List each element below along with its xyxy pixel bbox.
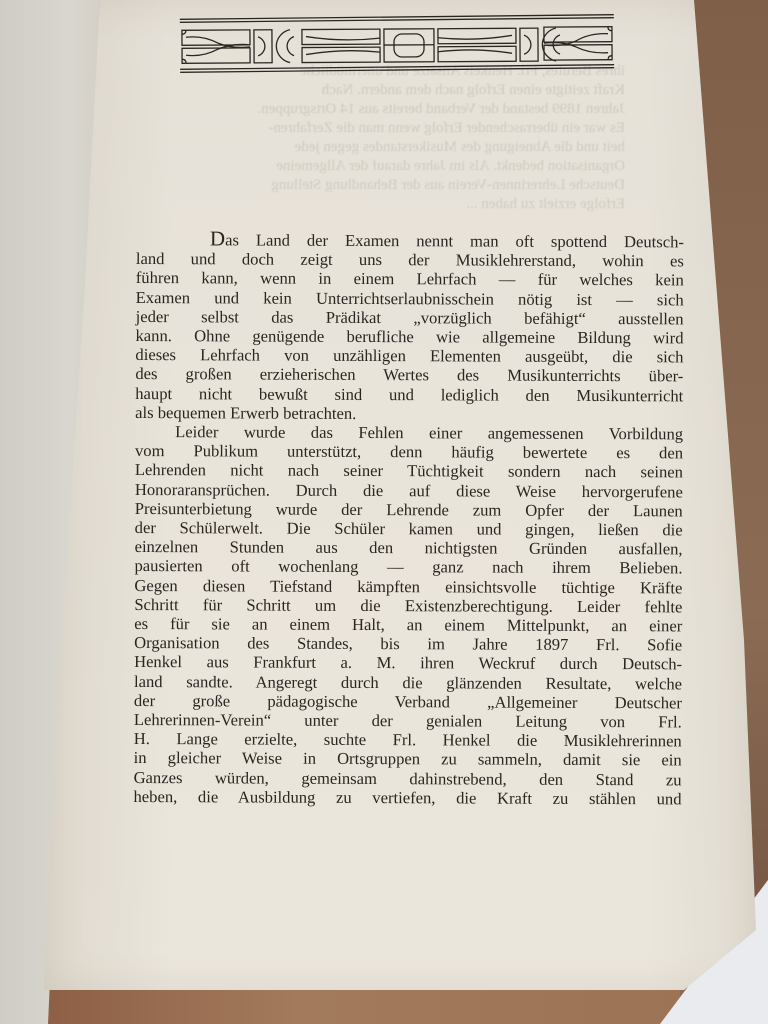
bleed-through-text: ihres Berufes, Frl. Henkels Ansätze und …	[205, 62, 625, 214]
text-line: dieses Lehrfach von unzähligen Elementen…	[135, 345, 683, 367]
text-line: Das Land der Examen nennt man oft spotte…	[136, 228, 684, 252]
text-line: heben, die Ausbildung zu vertiefen, die …	[133, 787, 681, 809]
text-line: Examen und kein Unterrichtserlaubnissche…	[136, 288, 684, 310]
text-line: der Schülerwelt. Die Schüler kamen und g…	[135, 518, 683, 540]
text-line: es für sie an einem Halt, an einem Mitte…	[134, 614, 682, 636]
bleed-line: ihres Berufes, Frl. Henkels Ansätze und …	[205, 62, 625, 81]
text-line: als bequemen Erwerb betrachten.	[135, 403, 683, 425]
text-line: land und doch zeigt uns der Musiklehrers…	[136, 249, 684, 271]
text-line: Schritt für Schritt um die Existenzberec…	[134, 595, 682, 617]
text-line: jeder selbst das Prädikat „vorzüglich be…	[136, 307, 684, 329]
text-line: Henkel aus Frankfurt a. M. ihren Weckruf…	[134, 652, 682, 674]
text-line: Preisunterbietung wurde der Lehrende zum…	[135, 499, 683, 521]
text-line: vom Publikum unterstützt, denn häufig be…	[135, 441, 683, 463]
text-line: der große pädagogische Verband „Allgemei…	[134, 691, 682, 713]
drop-cap: D	[210, 226, 225, 250]
bleed-line: Es war ein überraschender Erfolg wenn ma…	[205, 119, 625, 138]
bleed-line: Erfolge erzielt zu haben ...	[205, 195, 625, 214]
paragraph-1: Das Land der Examen nennt man oft spotte…	[135, 228, 684, 424]
text-line: haupt nicht bewußt sind und lediglich de…	[135, 384, 683, 406]
text-line: Lehrenden nicht nach seiner Tüchtigkeit …	[135, 460, 683, 482]
book-cover-edge	[40, 990, 680, 1024]
text-line: kann. Ohne genügende berufliche wie allg…	[135, 326, 683, 348]
text-line: Organisation des Standes, bis im Jahre 1…	[134, 633, 682, 655]
body-text: Das Land der Examen nennt man oft spotte…	[133, 228, 684, 808]
text-line: pausierten oft wochenlang — ganz nach ih…	[134, 556, 682, 578]
bleed-line: Jahren 1899 bestand der Verband bereits …	[205, 100, 625, 119]
text-line: land sandte. Angeregt durch die glänzend…	[134, 672, 682, 694]
text-line: Honoraransprüchen. Durch die auf diese W…	[135, 480, 683, 502]
bleed-line: Organisation bedenkt. Als im Jahre darau…	[205, 157, 625, 176]
text-line: H. Lange erzielte, suchte Frl. Henkel di…	[134, 729, 682, 751]
bleed-line: Kraft zeitigte einen Erfolg nach dem and…	[205, 81, 625, 100]
text-line: Leider wurde das Fehlen einer angemessen…	[135, 422, 683, 444]
text-line: Gegen diesen Tiefstand kämpften einsicht…	[134, 576, 682, 598]
text-line: Lehrerinnen-Verein“ unter der genialen L…	[134, 710, 682, 732]
text-line-content: as Land der Examen nennt man oft spotten…	[225, 230, 684, 251]
bleed-line: heit und die Abneigung des Musikerstande…	[205, 138, 625, 157]
text-line: in gleicher Weise in Ortsgruppen zu samm…	[134, 748, 682, 770]
text-line: führen kann, wenn in einem Lehrfach — fü…	[136, 268, 684, 290]
text-line: Ganzes würden, gemeinsam dahinstrebend, …	[134, 768, 682, 790]
text-line: des großen erzieherischen Wertes des Mus…	[135, 364, 683, 386]
text-line: einzelnen Stunden aus den nichtigsten Gr…	[135, 537, 683, 559]
paragraph-2: Leider wurde das Fehlen einer angemessen…	[133, 422, 683, 808]
bleed-line: Deutsche Lehrerinnen-Verein aus der Beha…	[205, 176, 625, 195]
